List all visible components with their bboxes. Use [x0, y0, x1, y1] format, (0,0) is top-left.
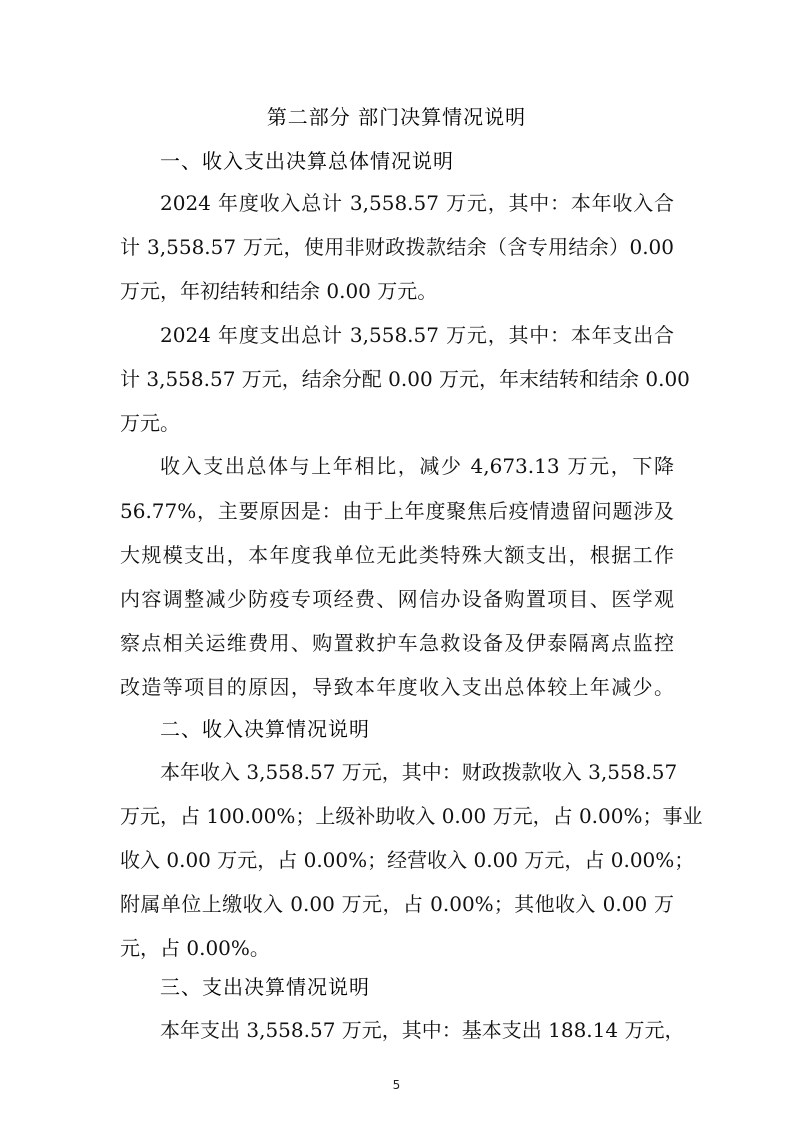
paragraph-line: 56.77%，主要原因是：由于上年度聚焦后疫情遗留问题涉及: [120, 496, 674, 526]
paragraph-line: 改造等项目的原因，导致本年度收入支出总体较上年减少。: [120, 672, 674, 702]
paragraph-line: 元，占 0.00%。: [120, 933, 674, 963]
document-page: 第二部分 部门决算情况说明 一、收入支出决算总体情况说明 2024 年度收入总计…: [0, 0, 793, 1122]
section-heading-2: 二、收入决算情况说明: [160, 714, 370, 744]
paragraph-line: 2024 年度收入总计 3,558.57 万元，其中：本年收入合: [160, 188, 674, 218]
paragraph-line: 本年收入 3,558.57 万元，其中：财政拨款收入 3,558.57: [160, 757, 674, 787]
paragraph-line: 计 3,558.57 万元，使用非财政拨款结余（含专用结余）0.00: [120, 232, 674, 262]
paragraph-line: 本年支出 3,558.57 万元，其中：基本支出 188.14 万元，: [160, 1015, 674, 1045]
paragraph-line: 内容调整减少防疫专项经费、网信办设备购置项目、医学观: [120, 584, 674, 614]
paragraph-line: 附属单位上缴收入 0.00 万元，占 0.00%；其他收入 0.00 万: [120, 889, 674, 919]
paragraph-line: 收入 0.00 万元，占 0.00%；经营收入 0.00 万元，占 0.00%；: [120, 845, 674, 875]
paragraph-line: 万元。: [120, 408, 674, 438]
paragraph-line: 万元，年初结转和结余 0.00 万元。: [120, 276, 674, 306]
paragraph-line: 察点相关运维费用、购置救护车急救设备及伊泰隔离点监控: [120, 628, 674, 658]
page-title: 第二部分 部门决算情况说明: [0, 102, 793, 132]
section-heading-1: 一、收入支出决算总体情况说明: [160, 146, 454, 176]
paragraph-line: 大规模支出，本年度我单位无此类特殊大额支出，根据工作: [120, 540, 674, 570]
paragraph-line: 收入支出总体与上年相比，减少 4,673.13 万元，下降: [160, 451, 674, 481]
paragraph-line: 万元，占 100.00%；上级补助收入 0.00 万元，占 0.00%；事业: [120, 801, 674, 831]
paragraph-line: 计 3,558.57 万元，结余分配 0.00 万元，年末结转和结余 0.00: [120, 364, 674, 394]
section-heading-3: 三、支出决算情况说明: [160, 972, 370, 1002]
page-number: 5: [0, 1078, 793, 1092]
paragraph-line: 2024 年度支出总计 3,558.57 万元，其中：本年支出合: [160, 320, 674, 350]
